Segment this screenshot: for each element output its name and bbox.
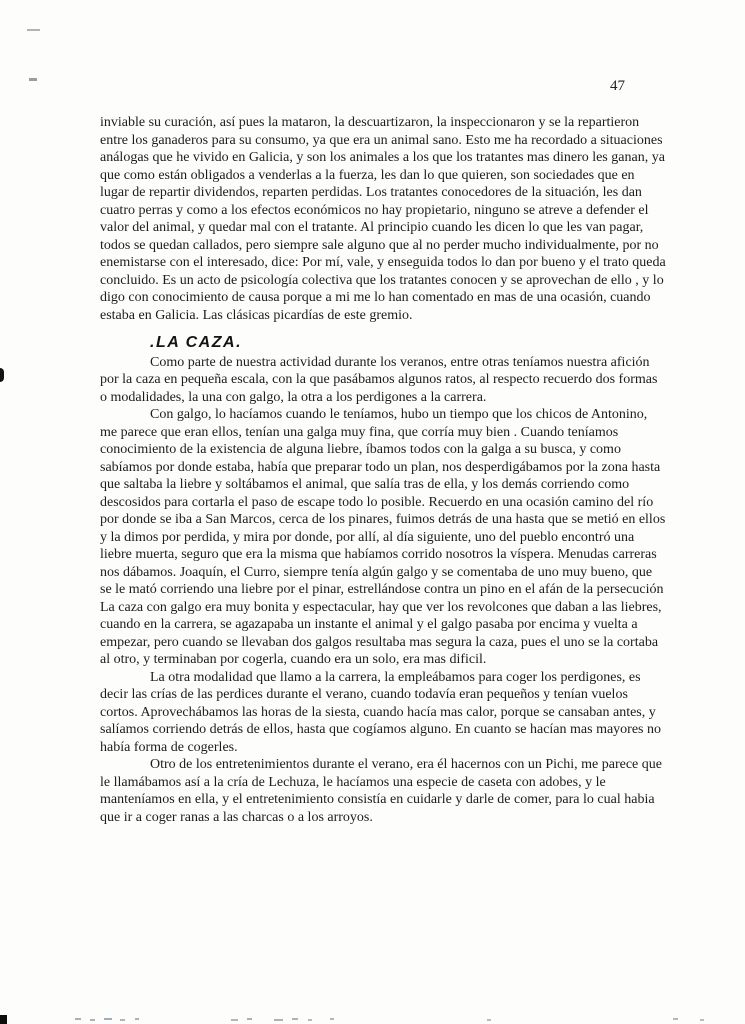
scan-noise-speck (104, 1018, 112, 1020)
scan-noise-speck (90, 1019, 95, 1021)
scan-corner-artifact (0, 1015, 7, 1024)
scan-smudge-mark (29, 78, 37, 81)
scan-noise-speck (231, 1019, 238, 1021)
scan-noise-speck (330, 1018, 334, 1020)
scan-noise-speck (700, 1019, 704, 1021)
scan-smudge-mark (27, 29, 40, 31)
scan-noise-speck (120, 1019, 125, 1021)
scan-noise-speck (292, 1018, 298, 1020)
paragraph: Otro de los entretenimientos durante el … (100, 756, 666, 826)
document-body: inviable su curación, así pues la mataro… (100, 114, 666, 826)
scan-noise-speck (673, 1018, 678, 1020)
paragraph: Como parte de nuestra actividad durante … (100, 354, 666, 407)
scan-noise-speck (135, 1018, 139, 1020)
scan-noise-speck (308, 1019, 312, 1021)
paragraph: La otra modalidad que llamo a la carrera… (100, 669, 666, 757)
scan-noise-speck (487, 1019, 491, 1021)
scanned-document-page: 47 inviable su curación, así pues la mat… (0, 0, 745, 1024)
scan-noise-speck (75, 1018, 81, 1020)
page-number: 47 (610, 78, 625, 95)
scan-noise-speck (274, 1019, 283, 1021)
binding-hole-shadow (0, 368, 4, 382)
paragraph-continuation: inviable su curación, así pues la mataro… (100, 114, 666, 324)
paragraph: Con galgo, lo hacíamos cuando le teníamo… (100, 406, 666, 669)
section-heading: .LA CAZA. (150, 334, 666, 352)
scan-noise-speck (247, 1018, 252, 1020)
